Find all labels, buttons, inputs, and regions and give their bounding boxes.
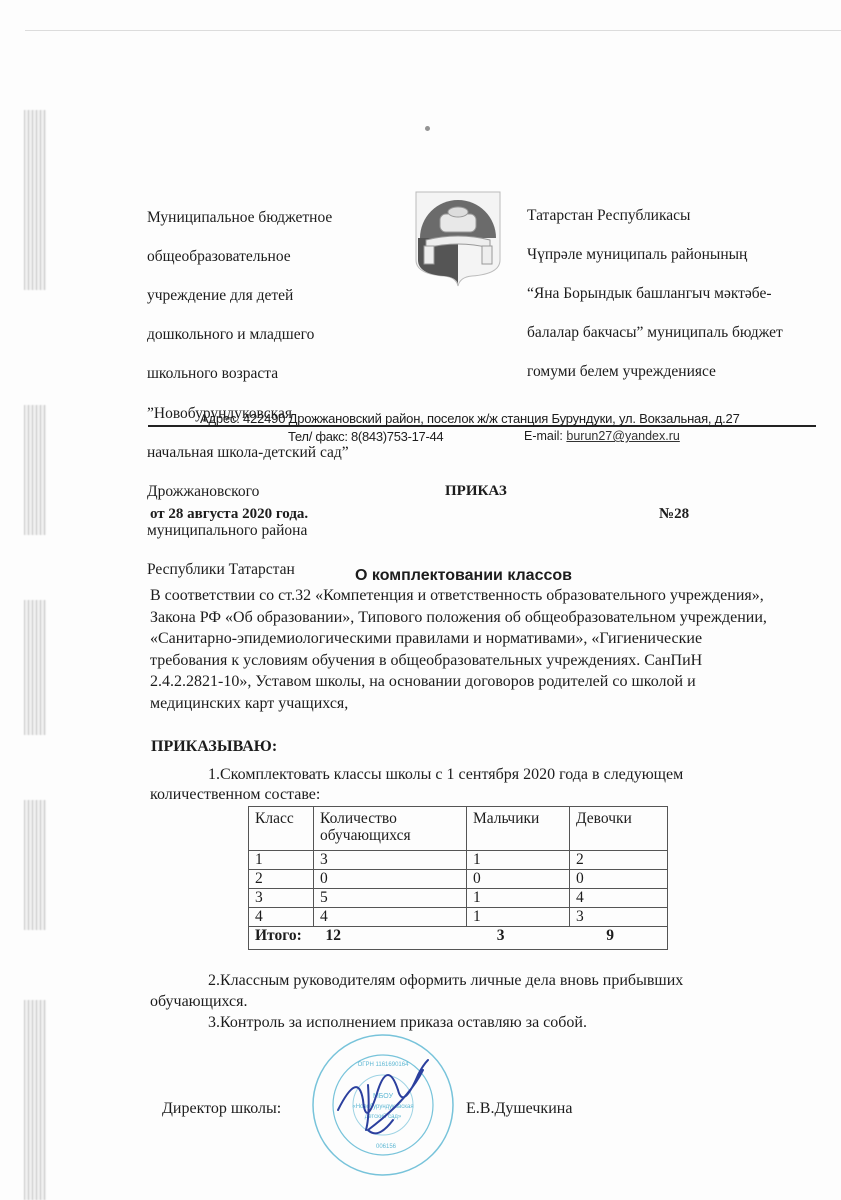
preamble-line: 2.4.2.2821-10», Уставом школы, на основа… — [150, 671, 830, 693]
official-stamp-icon: МБОУ «Новобурундуковская детский сад» ОГ… — [308, 1030, 458, 1180]
table-row: 4 4 1 3 — [249, 908, 668, 927]
cell-class: 4 — [249, 908, 314, 927]
svg-text:ОГРН 1161690164: ОГРН 1161690164 — [358, 1062, 410, 1068]
scan-top-edge — [25, 30, 841, 31]
scan-artifact — [24, 800, 46, 930]
cell-girls: 3 — [570, 908, 668, 927]
order-item-1: 1.Скомплектовать классы школы с 1 сентяб… — [150, 765, 830, 805]
cell-class: 2 — [249, 870, 314, 889]
org-line: балалар бакчасы” муниципаль бюджет — [527, 324, 783, 341]
total-girls: 9 — [606, 927, 614, 944]
org-line: учреждение для детей — [147, 287, 293, 304]
cell-girls: 2 — [570, 851, 668, 870]
total-cell: Итого: 12 3 9 — [249, 927, 668, 950]
table-row: 3 5 1 4 — [249, 889, 668, 908]
preamble-line: В соответствии со ст.32 «Компетенция и о… — [150, 585, 830, 607]
item-text: количественном составе: — [150, 785, 830, 805]
preamble-line: «Санитарно-эпидемиологическими правилами… — [150, 628, 830, 650]
cell-class: 3 — [249, 889, 314, 908]
address: Адрес: 422490 Дрожжановский район, посел… — [200, 411, 740, 426]
cell-boys: 0 — [467, 870, 570, 889]
org-line: общеобразовательное — [147, 248, 291, 265]
org-line: Дрожжановского — [147, 483, 259, 500]
order-items-2-3: 2.Классным руководителям оформить личные… — [150, 970, 830, 1033]
signatory-name: Е.В.Душечкина — [466, 1100, 572, 1118]
table-total-row: Итого: 12 3 9 — [249, 927, 668, 950]
scan-speck — [425, 126, 430, 131]
email-line: E-mail: burun27@yandex.ru — [524, 429, 680, 443]
order-date: от 28 августа 2020 года. — [150, 506, 308, 523]
item-text: 1.Скомплектовать классы школы с 1 сентяб… — [150, 765, 830, 785]
email-link[interactable]: burun27@yandex.ru — [566, 429, 679, 443]
total-boys: 3 — [497, 927, 505, 944]
email-label: E-mail: — [524, 429, 566, 443]
org-line: Республики Татарстан — [147, 561, 295, 578]
item-text: 2.Классным руководителям оформить личные… — [150, 970, 830, 991]
svg-text:006156: 006156 — [376, 1144, 397, 1150]
cell-students: 0 — [314, 870, 467, 889]
header-cell: Количество обучающихся — [314, 807, 467, 851]
org-line: “Яна Борындык башлангыч мәктәбе- — [527, 285, 772, 302]
header-cell: Класс — [249, 807, 314, 851]
header-cell: Мальчики — [467, 807, 570, 851]
order-number: №28 — [659, 506, 689, 523]
cell-girls: 4 — [570, 889, 668, 908]
order-subject: О комплектовании классов — [355, 567, 572, 585]
preamble-line: Закона РФ «Об образовании», Типового пол… — [150, 607, 830, 629]
cell-boys: 1 — [467, 908, 570, 927]
org-name-tatar: Татарстан Республикасы Чүпрәле муниципал… — [527, 186, 783, 382]
org-line: Чүпрәле муниципаль районының — [527, 246, 747, 263]
table-row: 2 0 0 0 — [249, 870, 668, 889]
cell-girls: 0 — [570, 870, 668, 889]
document-title: ПРИКАЗ — [445, 483, 507, 500]
cell-boys: 1 — [467, 889, 570, 908]
item-text: 3.Контроль за исполнением приказа оставл… — [150, 1012, 830, 1033]
total-label: Итого: — [255, 927, 302, 944]
cell-students: 3 — [314, 851, 467, 870]
org-line: Муниципальное бюджетное — [147, 209, 332, 226]
org-line: дошкольного и младшего — [147, 326, 314, 343]
org-line: гомуми белем учреждениясе — [527, 363, 716, 380]
cell-boys: 1 — [467, 851, 570, 870]
signatory-title: Директор школы: — [162, 1100, 281, 1118]
item-text: обучающихся. — [150, 991, 830, 1012]
phone-fax: Тел/ факс: 8(843)753-17-44 — [288, 429, 443, 444]
scan-artifact — [24, 1000, 46, 1200]
scan-artifact — [24, 405, 46, 535]
scan-artifact — [24, 600, 46, 735]
total-students: 12 — [326, 927, 342, 944]
cell-students: 4 — [314, 908, 467, 927]
header-divider — [148, 425, 816, 427]
preamble-line: требования к условиям обучения в общеобр… — [150, 650, 830, 672]
org-line: Татарстан Республикасы — [527, 207, 690, 224]
preamble-line: медицинских карт учащихся, — [150, 693, 830, 715]
table-header-row: Класс Количество обучающихся Мальчики Де… — [249, 807, 668, 851]
directive-heading: ПРИКАЗЫВАЮ: — [151, 738, 277, 756]
scan-artifact — [24, 110, 46, 290]
org-line: школьного возраста — [147, 365, 278, 382]
table-row: 1 3 1 2 — [249, 851, 668, 870]
org-line: муниципального района — [147, 522, 307, 539]
org-line: начальная школа-детский сад” — [147, 444, 349, 461]
cell-students: 5 — [314, 889, 467, 908]
svg-text:«Новобурундуковская: «Новобурундуковская — [352, 1104, 413, 1110]
coat-of-arms-icon — [410, 188, 506, 288]
cell-class: 1 — [249, 851, 314, 870]
preamble: В соответствии со ст.32 «Компетенция и о… — [150, 585, 830, 714]
header-cell: Девочки — [570, 807, 668, 851]
class-composition-table: Класс Количество обучающихся Мальчики Де… — [248, 806, 668, 950]
